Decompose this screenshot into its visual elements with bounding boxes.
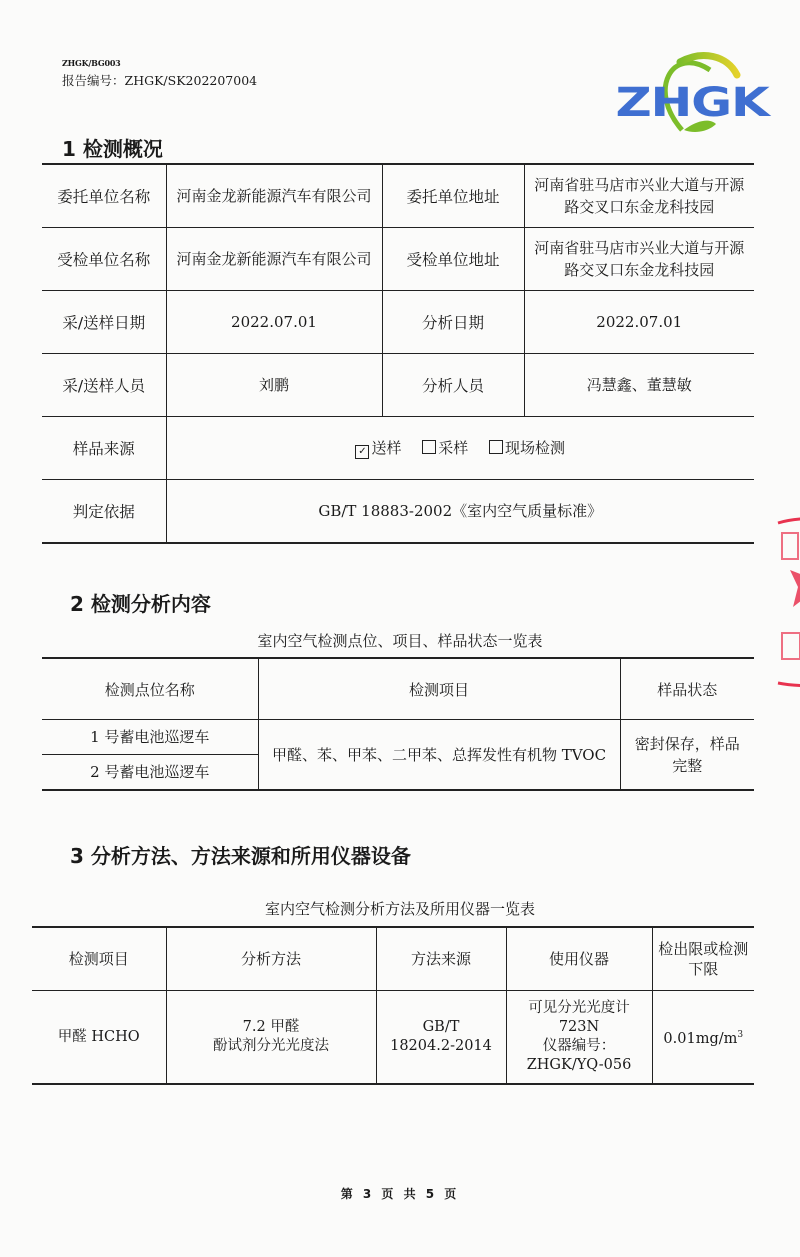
methods-table: 检测项目 分析方法 方法来源 使用仪器 检出限或检测下限 甲醛 HCHO 7.2…: [32, 926, 754, 1085]
sampler-label: 采/送样人员: [42, 354, 166, 417]
checkbox-unchecked-icon: [489, 440, 503, 454]
seal-stamp-icon: [768, 515, 800, 690]
method-source: GB/T 18204.2-2014: [376, 991, 506, 1085]
sample-source-options: ✓送样 采样 现场检测: [166, 417, 754, 480]
instrument: 可见分光光度计 723N 仪器编号： ZHGK/YQ-056: [506, 991, 652, 1085]
page-number: 第 3 页 共 5 页: [0, 1185, 800, 1202]
header-test-item: 检测项目: [32, 927, 166, 991]
detection-points-table: 检测点位名称 检测项目 样品状态 1 号蓄电池巡逻车 甲醛、苯、甲苯、二甲苯、总…: [42, 657, 754, 791]
basis-label: 判定依据: [42, 480, 166, 544]
option-onsite: 现场检测: [489, 439, 565, 457]
table-row: 样品来源 ✓送样 采样 现场检测: [42, 417, 754, 480]
point-name: 2 号蓄电池巡逻车: [42, 755, 258, 791]
sample-source-label: 样品来源: [42, 417, 166, 480]
sampling-date-value: 2022.07.01: [166, 291, 382, 354]
table-row: 采/送样日期 2022.07.01 分析日期 2022.07.01: [42, 291, 754, 354]
option-delivered: ✓送样: [355, 439, 401, 457]
checkbox-checked-icon: ✓: [355, 445, 369, 459]
table-header-row: 检测点位名称 检测项目 样品状态: [42, 658, 754, 720]
detection-limit: 0.01mg/m3: [652, 991, 754, 1085]
sampler-value: 刘鹏: [166, 354, 382, 417]
table-3-caption: 室内空气检测分析方法及所用仪器一览表: [0, 898, 800, 919]
table-2-caption: 室内空气检测点位、项目、样品状态一览表: [0, 630, 800, 651]
table-row: 委托单位名称 河南金龙新能源汽车有限公司 委托单位地址 河南省驻马店市兴业大道与…: [42, 164, 754, 228]
report-number-label: 报告编号：: [62, 73, 125, 88]
analysis-date-label: 分析日期: [382, 291, 524, 354]
client-address-value: 河南省驻马店市兴业大道与开源路交叉口东金龙科技园: [524, 164, 754, 228]
client-name-value: 河南金龙新能源汽车有限公司: [166, 164, 382, 228]
checkbox-unchecked-icon: [422, 440, 436, 454]
sample-status: 密封保存，样品完整: [620, 720, 754, 791]
header-analysis-method: 分析方法: [166, 927, 376, 991]
header-instrument: 使用仪器: [506, 927, 652, 991]
header-sample-status: 样品状态: [620, 658, 754, 720]
section-1-title: 1 检测概况: [62, 133, 163, 162]
table-row: 判定依据 GB/T 18883-2002《室内空气质量标准》: [42, 480, 754, 544]
inspected-name-value: 河南金龙新能源汽车有限公司: [166, 228, 382, 291]
zhgk-logo: ZHGK: [612, 50, 772, 130]
table-row: 受检单位名称 河南金龙新能源汽车有限公司 受检单位地址 河南省驻马店市兴业大道与…: [42, 228, 754, 291]
test-items: 甲醛、苯、甲苯、二甲苯、总挥发性有机物 TVOC: [258, 720, 620, 791]
analysis-method: 7.2 甲醛 酚试剂分光光度法: [166, 991, 376, 1085]
table-row: 1 号蓄电池巡逻车 甲醛、苯、甲苯、二甲苯、总挥发性有机物 TVOC 密封保存，…: [42, 720, 754, 755]
report-number-value: ZHGK/SK202207004: [125, 73, 258, 88]
table-row: 采/送样人员 刘鹏 分析人员 冯慧鑫、董慧敏: [42, 354, 754, 417]
table-row: 甲醛 HCHO 7.2 甲醛 酚试剂分光光度法 GB/T 18204.2-201…: [32, 991, 754, 1085]
analyst-value: 冯慧鑫、董慧敏: [524, 354, 754, 417]
header-detection-limit: 检出限或检测下限: [652, 927, 754, 991]
header-point-name: 检测点位名称: [42, 658, 258, 720]
inspected-name-label: 受检单位名称: [42, 228, 166, 291]
option-sampled: 采样: [422, 439, 468, 457]
report-number: 报告编号：ZHGK/SK202207004: [62, 71, 257, 89]
overview-table: 委托单位名称 河南金龙新能源汽车有限公司 委托单位地址 河南省驻马店市兴业大道与…: [42, 163, 754, 544]
client-address-label: 委托单位地址: [382, 164, 524, 228]
inspected-address-value: 河南省驻马店市兴业大道与开源路交叉口东金龙科技园: [524, 228, 754, 291]
section-3-title: 3 分析方法、方法来源和所用仪器设备: [70, 840, 411, 869]
test-item: 甲醛 HCHO: [32, 991, 166, 1085]
header-test-items: 检测项目: [258, 658, 620, 720]
sampling-date-label: 采/送样日期: [42, 291, 166, 354]
document-code: ZHGK/BG003: [62, 58, 121, 68]
analyst-label: 分析人员: [382, 354, 524, 417]
header-method-source: 方法来源: [376, 927, 506, 991]
inspected-address-label: 受检单位地址: [382, 228, 524, 291]
basis-value: GB/T 18883-2002《室内空气质量标准》: [166, 480, 754, 544]
client-name-label: 委托单位名称: [42, 164, 166, 228]
point-name: 1 号蓄电池巡逻车: [42, 720, 258, 755]
table-header-row: 检测项目 分析方法 方法来源 使用仪器 检出限或检测下限: [32, 927, 754, 991]
analysis-date-value: 2022.07.01: [524, 291, 754, 354]
logo-text: ZHGK: [592, 80, 792, 126]
section-2-title: 2 检测分析内容: [70, 588, 211, 617]
